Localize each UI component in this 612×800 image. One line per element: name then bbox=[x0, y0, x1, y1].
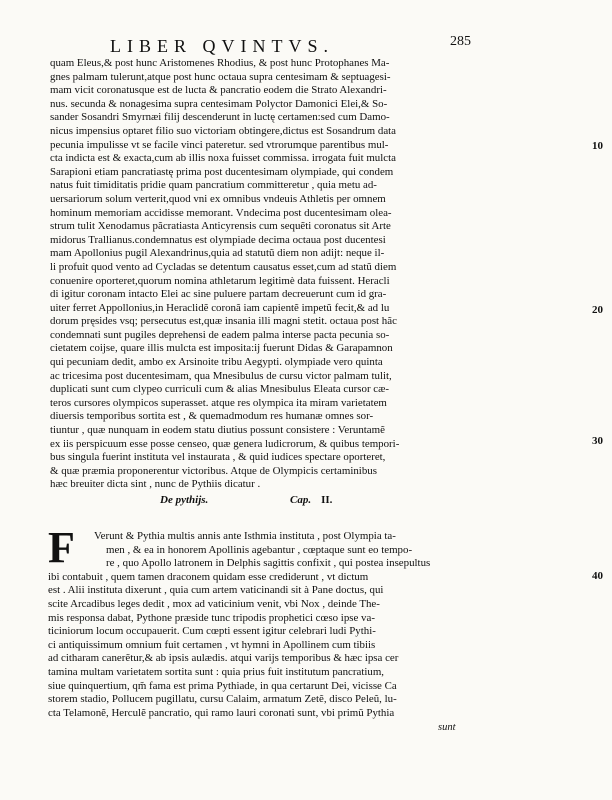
text-line: ibi contabuit , quem tamen draconem quid… bbox=[48, 571, 568, 585]
drop-cap: F bbox=[48, 528, 75, 568]
text-line: scite Arcadibus leges dedit , mox ad vat… bbox=[48, 598, 568, 612]
text-line: ad citharam canerẽtur,& ab ipsis aulædis… bbox=[48, 652, 568, 666]
text-line: cta indicta est & exacta,cum ab illis no… bbox=[50, 152, 570, 166]
text-line: di igitur coronam intacto Elei ac sine p… bbox=[50, 288, 570, 302]
chapter-numeral: II. bbox=[321, 494, 332, 506]
chapter-title: De pythijs. bbox=[160, 494, 208, 506]
text-line: est . Alii instituta dixerunt , quia cum… bbox=[48, 584, 568, 598]
text-line: Verunt & Pythia multis annis ante Isthmi… bbox=[48, 530, 568, 544]
text-line: conuenire oporteret,quorum nomina athlet… bbox=[50, 275, 570, 289]
text-line: li profuit quod vento ad Cycladas se det… bbox=[50, 261, 570, 275]
text-line: teros cursores olympicos superasset. atq… bbox=[50, 397, 570, 411]
pythian-games-text: F Verunt & Pythia multis annis ante Isth… bbox=[48, 530, 568, 720]
text-line: diuersis temporibus sortita est , & quem… bbox=[50, 410, 570, 424]
text-line: & quæ præmia proponerentur victoribus. A… bbox=[50, 465, 570, 479]
text-line: qui pecuniam dedit, ambo ex Arsinoite tr… bbox=[50, 356, 570, 370]
page-number: 285 bbox=[450, 34, 471, 50]
text-line: re , quo Apollo latronem in Delphis sagi… bbox=[48, 557, 568, 571]
text-line: natus fuit timiditatis pridie quam pancr… bbox=[50, 179, 570, 193]
book-page: LIBER QVINTVS. 285 quam Eleus,& post hun… bbox=[0, 0, 612, 800]
text-line: tiuntur , quæ nunquam in eodem statu diu… bbox=[50, 424, 570, 438]
text-line: ticiniorum locum occupauerit. Cum cœpti … bbox=[48, 625, 568, 639]
text-line: cietatem coijse, quare illis mulcta est … bbox=[50, 342, 570, 356]
margin-line-number: 30 bbox=[592, 435, 603, 447]
text-line: ac tricesima post ducentesimam, qua Mnes… bbox=[50, 370, 570, 384]
text-line: pecunia impulisse vt se facile vinci pat… bbox=[50, 139, 570, 153]
chapter-cap-label: Cap. bbox=[290, 494, 311, 506]
text-line: sander Sosandri Smyrnæi filij descenderu… bbox=[50, 111, 570, 125]
text-line: hominum memoriam accidisse memorant. Vnd… bbox=[50, 207, 570, 221]
catchword: sunt bbox=[438, 722, 456, 733]
text-line: condemnati sunt pugiles deprehensi de ea… bbox=[50, 329, 570, 343]
text-line: strum tulit Xenodamus pãcratiasta Anticy… bbox=[50, 220, 570, 234]
text-line: hæc breuiter dicta sint , nunc de Pythii… bbox=[50, 478, 570, 492]
text-line: cta Telamonẽ, Herculẽ pancratio, qui ram… bbox=[48, 707, 568, 721]
margin-line-number: 20 bbox=[592, 304, 603, 316]
text-line: uiter ferret Appollonius,in Heraclidẽ co… bbox=[50, 302, 570, 316]
text-line: nicus impensius optaret filio suo victor… bbox=[50, 125, 570, 139]
text-line: bus singula fuerint instituta vel instau… bbox=[50, 451, 570, 465]
text-line: ex iis perspicuum esse posse censeo, quæ… bbox=[50, 438, 570, 452]
text-line: uersariorum solum verterit,quod vni ex o… bbox=[50, 193, 570, 207]
text-line: midorus Trallianus.condemnatus est olymp… bbox=[50, 234, 570, 248]
olympic-games-text: quam Eleus,& post hunc Aristomenes Rhodi… bbox=[50, 57, 570, 492]
chapter-number: Cap.II. bbox=[290, 494, 332, 506]
text-line: mis responsa dabat, Pythone præside tunc… bbox=[48, 612, 568, 626]
text-line: storem stadio, Pollucem pugillatu, cursu… bbox=[48, 693, 568, 707]
margin-line-number: 40 bbox=[592, 570, 603, 582]
text-line: mam Apollonius pugil Alexandrinus,quia a… bbox=[50, 247, 570, 261]
text-line: gnes palmam tulerunt,atque post hunc oct… bbox=[50, 71, 570, 85]
text-line: duplicati sunt cum clypeo curriculi cum … bbox=[50, 383, 570, 397]
running-head: LIBER QVINTVS. bbox=[110, 36, 334, 57]
text-line: nus. secunda & nonagesima supra centesim… bbox=[50, 98, 570, 112]
text-line: Sarapioni etiam pancratiastę prima post … bbox=[50, 166, 570, 180]
text-line: siue quinquertium, qm̃ fama est prima Py… bbox=[48, 680, 568, 694]
text-line: ci antiquissimum omnium fuit certamen , … bbox=[48, 639, 568, 653]
text-line: men , & ea in honorem Apollinis agebantu… bbox=[48, 544, 568, 558]
text-line: mam vicit coronatusque est de lucta & pa… bbox=[50, 84, 570, 98]
margin-line-number: 10 bbox=[592, 140, 603, 152]
text-line: quam Eleus,& post hunc Aristomenes Rhodi… bbox=[50, 57, 570, 71]
text-line: dorum pręsides vsq; persecutus est,quæ i… bbox=[50, 315, 570, 329]
text-line: tamina multam varietatem sortita sunt : … bbox=[48, 666, 568, 680]
chapter-heading: De pythijs. Cap.II. bbox=[160, 494, 480, 510]
